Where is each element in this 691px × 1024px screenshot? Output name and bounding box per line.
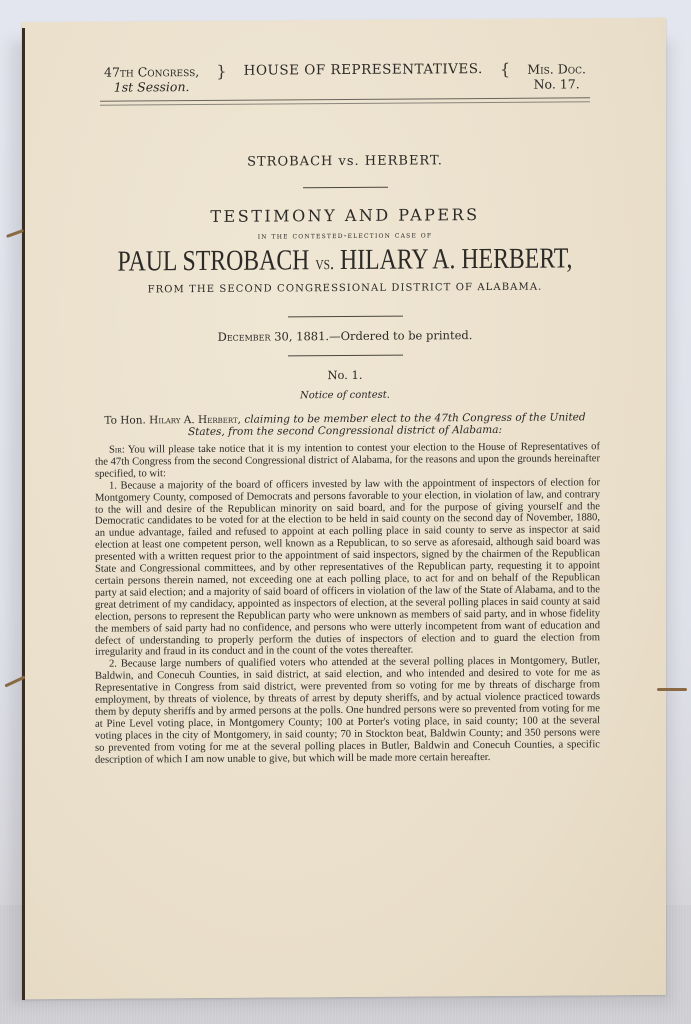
salutation: To Hon. Hilary A. Herbert, claiming to b… (100, 411, 590, 438)
subtitle: in the contested-election case of (100, 229, 590, 241)
house-label: HOUSE OF REPRESENTATIVES. (244, 62, 483, 79)
contestant-name: PAUL STROBACH (118, 244, 310, 277)
salutation-name: Hilary A. Herbert, (149, 414, 241, 427)
order-date: December 30, 1881. (218, 329, 329, 344)
doc-type-label: Mis. Doc. (527, 61, 586, 76)
paragraph: 2. Because large numbers of qualified vo… (95, 656, 600, 767)
paragraph-text: Because a majority of the board of offic… (95, 477, 600, 658)
paragraph-text: You will please take notice that it is m… (95, 441, 600, 479)
salutation-rest: claiming to be member elect to the 47th … (188, 411, 586, 438)
binding-thread (657, 688, 687, 691)
main-title: TESTIMONY AND PAPERS (100, 204, 590, 226)
divider-rule (303, 187, 388, 189)
session-label: 1st Session. (104, 79, 199, 95)
page-content: 47th Congress, 1st Session. } HOUSE OF R… (100, 61, 590, 766)
brace-icon: } (216, 64, 226, 79)
paragraph-lead: 2. (109, 659, 117, 670)
paragraph-lead: Sir: (109, 445, 125, 456)
salutation-prefix: To Hon. (104, 414, 145, 426)
contestee-name: HILARY A. HERBERT, (340, 242, 572, 276)
congress-label: 47th Congress, (104, 64, 199, 80)
section-title: Notice of contest. (100, 388, 590, 402)
brace-icon: { (500, 62, 510, 77)
header-rule (100, 97, 590, 105)
divider-rule (288, 316, 403, 318)
versus-label: vs. (315, 252, 334, 274)
paragraph: Sir: You will please take notice that it… (95, 441, 600, 480)
section-number: No. 1. (100, 366, 590, 383)
paragraph-text: Because large numbers of qualified voter… (95, 656, 600, 766)
order-text: —Ordered to be printed. (329, 328, 472, 343)
congress-session: 47th Congress, 1st Session. (104, 64, 199, 95)
district-line: FROM THE SECOND CONGRESSIONAL DISTRICT O… (100, 281, 590, 295)
parties-title: PAUL STROBACH vs. HILARY A. HERBERT, (103, 242, 587, 278)
order-line: December 30, 1881.—Ordered to be printed… (100, 327, 590, 344)
running-title: STROBACH vs. HERBERT. (100, 152, 590, 170)
divider-rule (288, 355, 403, 357)
doc-number-label: No. 17. (527, 76, 586, 91)
notice-body: Sir: You will please take notice that it… (95, 441, 600, 766)
document-page: 47th Congress, 1st Session. } HOUSE OF R… (22, 18, 666, 999)
paragraph-lead: 1. (109, 480, 117, 491)
document-number: Mis. Doc. No. 17. (527, 61, 586, 91)
paragraph: 1. Because a majority of the board of of… (95, 477, 600, 659)
document-header: 47th Congress, 1st Session. } HOUSE OF R… (100, 61, 590, 94)
binding-edge (22, 28, 25, 1000)
